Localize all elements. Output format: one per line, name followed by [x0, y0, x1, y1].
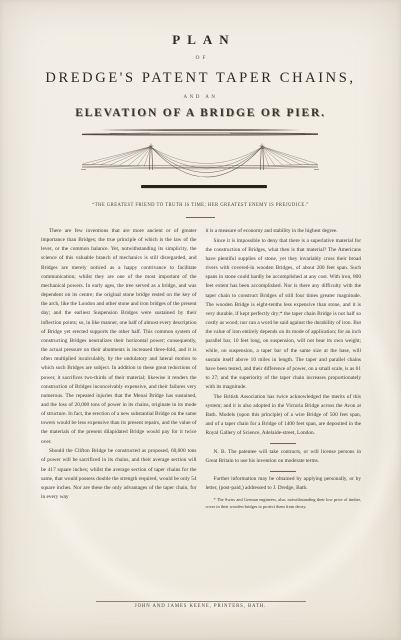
- imprint-rule: [96, 601, 306, 602]
- left-column: There are few inventions that are more a…: [41, 227, 197, 510]
- title-dredges-patent-taper-chains: DREDGE'S PATENT TAPER CHAINS,: [0, 70, 401, 87]
- epigraph-quote: “THE GREATEST FRIEND TO TRUTH IS TIME; H…: [0, 203, 401, 208]
- right-stays: [262, 147, 317, 167]
- document-page: PLAN OF DREDGE'S PATENT TAPER CHAINS, AN…: [0, 0, 401, 640]
- paragraph: There are few inventions that are more a…: [41, 227, 197, 447]
- paragraph: The British Association has twice acknow…: [206, 393, 362, 439]
- paragraph: it is a measure of economy and stability…: [206, 227, 362, 236]
- bridge-engraving: [80, 130, 320, 186]
- divider-rule: [270, 443, 296, 444]
- title-plan: PLAN: [0, 32, 401, 48]
- title-block: PLAN OF DREDGE'S PATENT TAPER CHAINS, AN…: [0, 32, 401, 132]
- heavy-rule: [141, 185, 267, 188]
- plan-of-chains: [82, 133, 318, 135]
- right-column: it is a measure of economy and stability…: [206, 227, 362, 510]
- paragraph: Since it is impossible to deny that ther…: [206, 237, 362, 393]
- further-information: Further information may be obtained by a…: [206, 475, 362, 493]
- divider-rule: [270, 471, 296, 472]
- body-columns: There are few inventions that are more a…: [41, 227, 361, 510]
- title-of: OF: [0, 55, 401, 61]
- left-stays: [83, 147, 151, 167]
- title-elevation-of-a-bridge-or-pier: ELEVATION OF A BRIDGE OR PIER.: [0, 107, 401, 119]
- printer-imprint: JOHN AND JAMES KEENE, PRINTERS, BATH.: [0, 604, 401, 609]
- title-and-an: AND AN: [0, 95, 401, 100]
- footnote: * The Swiss and German engineers, also, …: [206, 497, 362, 511]
- nb-note: N. B. The patentee will take contracts, …: [206, 448, 362, 466]
- epigraph-divider-rule: [186, 217, 215, 218]
- paragraph: Should the Clifton Bridge be constructed…: [41, 447, 197, 502]
